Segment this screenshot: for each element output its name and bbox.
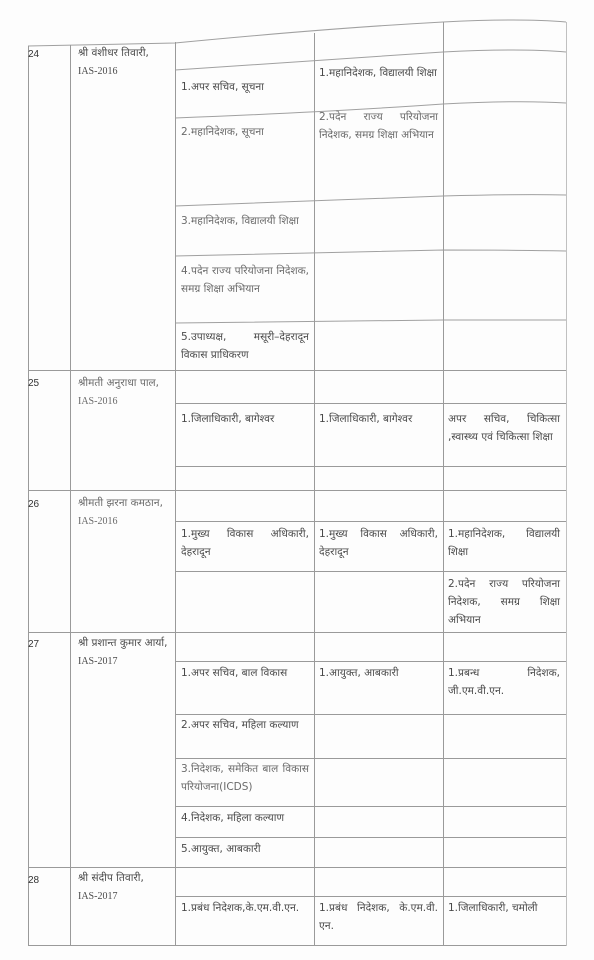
current-post: 1.अपर सचिव, सूचना (181, 78, 309, 96)
retained-post: 1.जिलाधिकारी, बागेश्वर (319, 410, 438, 428)
current-post: 1.अपर सचिव, बाल विकास (181, 664, 309, 682)
current-post: 4.पदेन राज्य परियोजना निदेशक, समग्र शिक्… (181, 262, 309, 298)
current-post: 3.निदेशक, समेकित बाल विकास परियोजना(ICDS… (181, 760, 309, 796)
col-border (175, 42, 176, 946)
col-border (443, 22, 444, 946)
new-post: अपर सचिव, चिकित्सा ,स्वास्थ्य एवं चिकित्… (448, 410, 560, 446)
col-border (70, 45, 71, 946)
officer-name: श्रीमती अनुराधा पाल, IAS-2016 (78, 374, 170, 411)
current-post: 3.महानिदेशक, विद्यालयी शिक्षा (181, 212, 309, 230)
current-post: 1.प्रबंध निदेशक,के.एम.वी.एन. (181, 899, 309, 917)
new-post: 2.पदेन राज्य परियोजना निदेशक, समग्र शिक्… (448, 575, 560, 629)
new-post: 1.प्रबन्ध निदेशक, जी.एम.वी.एन. (448, 664, 560, 700)
current-post: 4.निदेशक, महिला कल्याण (181, 809, 309, 827)
new-post: 1.महानिदेशक, विद्यालयी शिक्षा (448, 525, 560, 561)
retained-post: 1.मुख्य विकास अधिकारी, देहरादून (319, 525, 438, 561)
current-post: 2.अपर सचिव, महिला कल्याण (181, 716, 309, 734)
serial-number: 26 (28, 496, 70, 514)
serial-number: 28 (28, 872, 70, 890)
new-post: 1.जिलाधिकारी, चमोली (448, 899, 560, 917)
col-border (566, 22, 567, 946)
current-post: 1.जिलाधिकारी, बागेश्वर (181, 410, 309, 428)
retained-post: 1.प्रबंध निदेशक, के.एम.वी. एन. (319, 899, 438, 935)
current-post: 5.आयुक्त, आबकारी (181, 840, 309, 858)
retained-post: 1.महानिदेशक, विद्यालयी शिक्षा (319, 64, 438, 82)
serial-number: 24 (28, 46, 70, 64)
officer-name: श्री संदीप तिवारी, IAS-2017 (78, 869, 170, 906)
serial-number: 27 (28, 636, 70, 654)
officer-name: श्रीमती झरना कमठान, IAS-2016 (78, 494, 170, 531)
retained-post: 2.पदेन राज्य परियोजना निदेशक, समग्र शिक्… (319, 108, 438, 144)
current-post: 2.महानिदेशक, सूचना (181, 123, 309, 141)
serial-number: 25 (28, 375, 70, 393)
document-page: 24 श्री वंशीधर तिवारी, IAS-2016 1.अपर सच… (0, 0, 594, 960)
current-post: 1.मुख्य विकास अधिकारी, देहरादून (181, 525, 309, 561)
retained-post: 1.आयुक्त, आबकारी (319, 664, 438, 682)
officer-name: श्री वंशीधर तिवारी, IAS-2016 (78, 44, 170, 81)
officer-name: श्री प्रशान्त कुमार आर्या, IAS-2017 (78, 634, 170, 671)
current-post: 5.उपाध्यक्ष, मसूरी–देहरादून विकास प्राधि… (181, 328, 309, 364)
